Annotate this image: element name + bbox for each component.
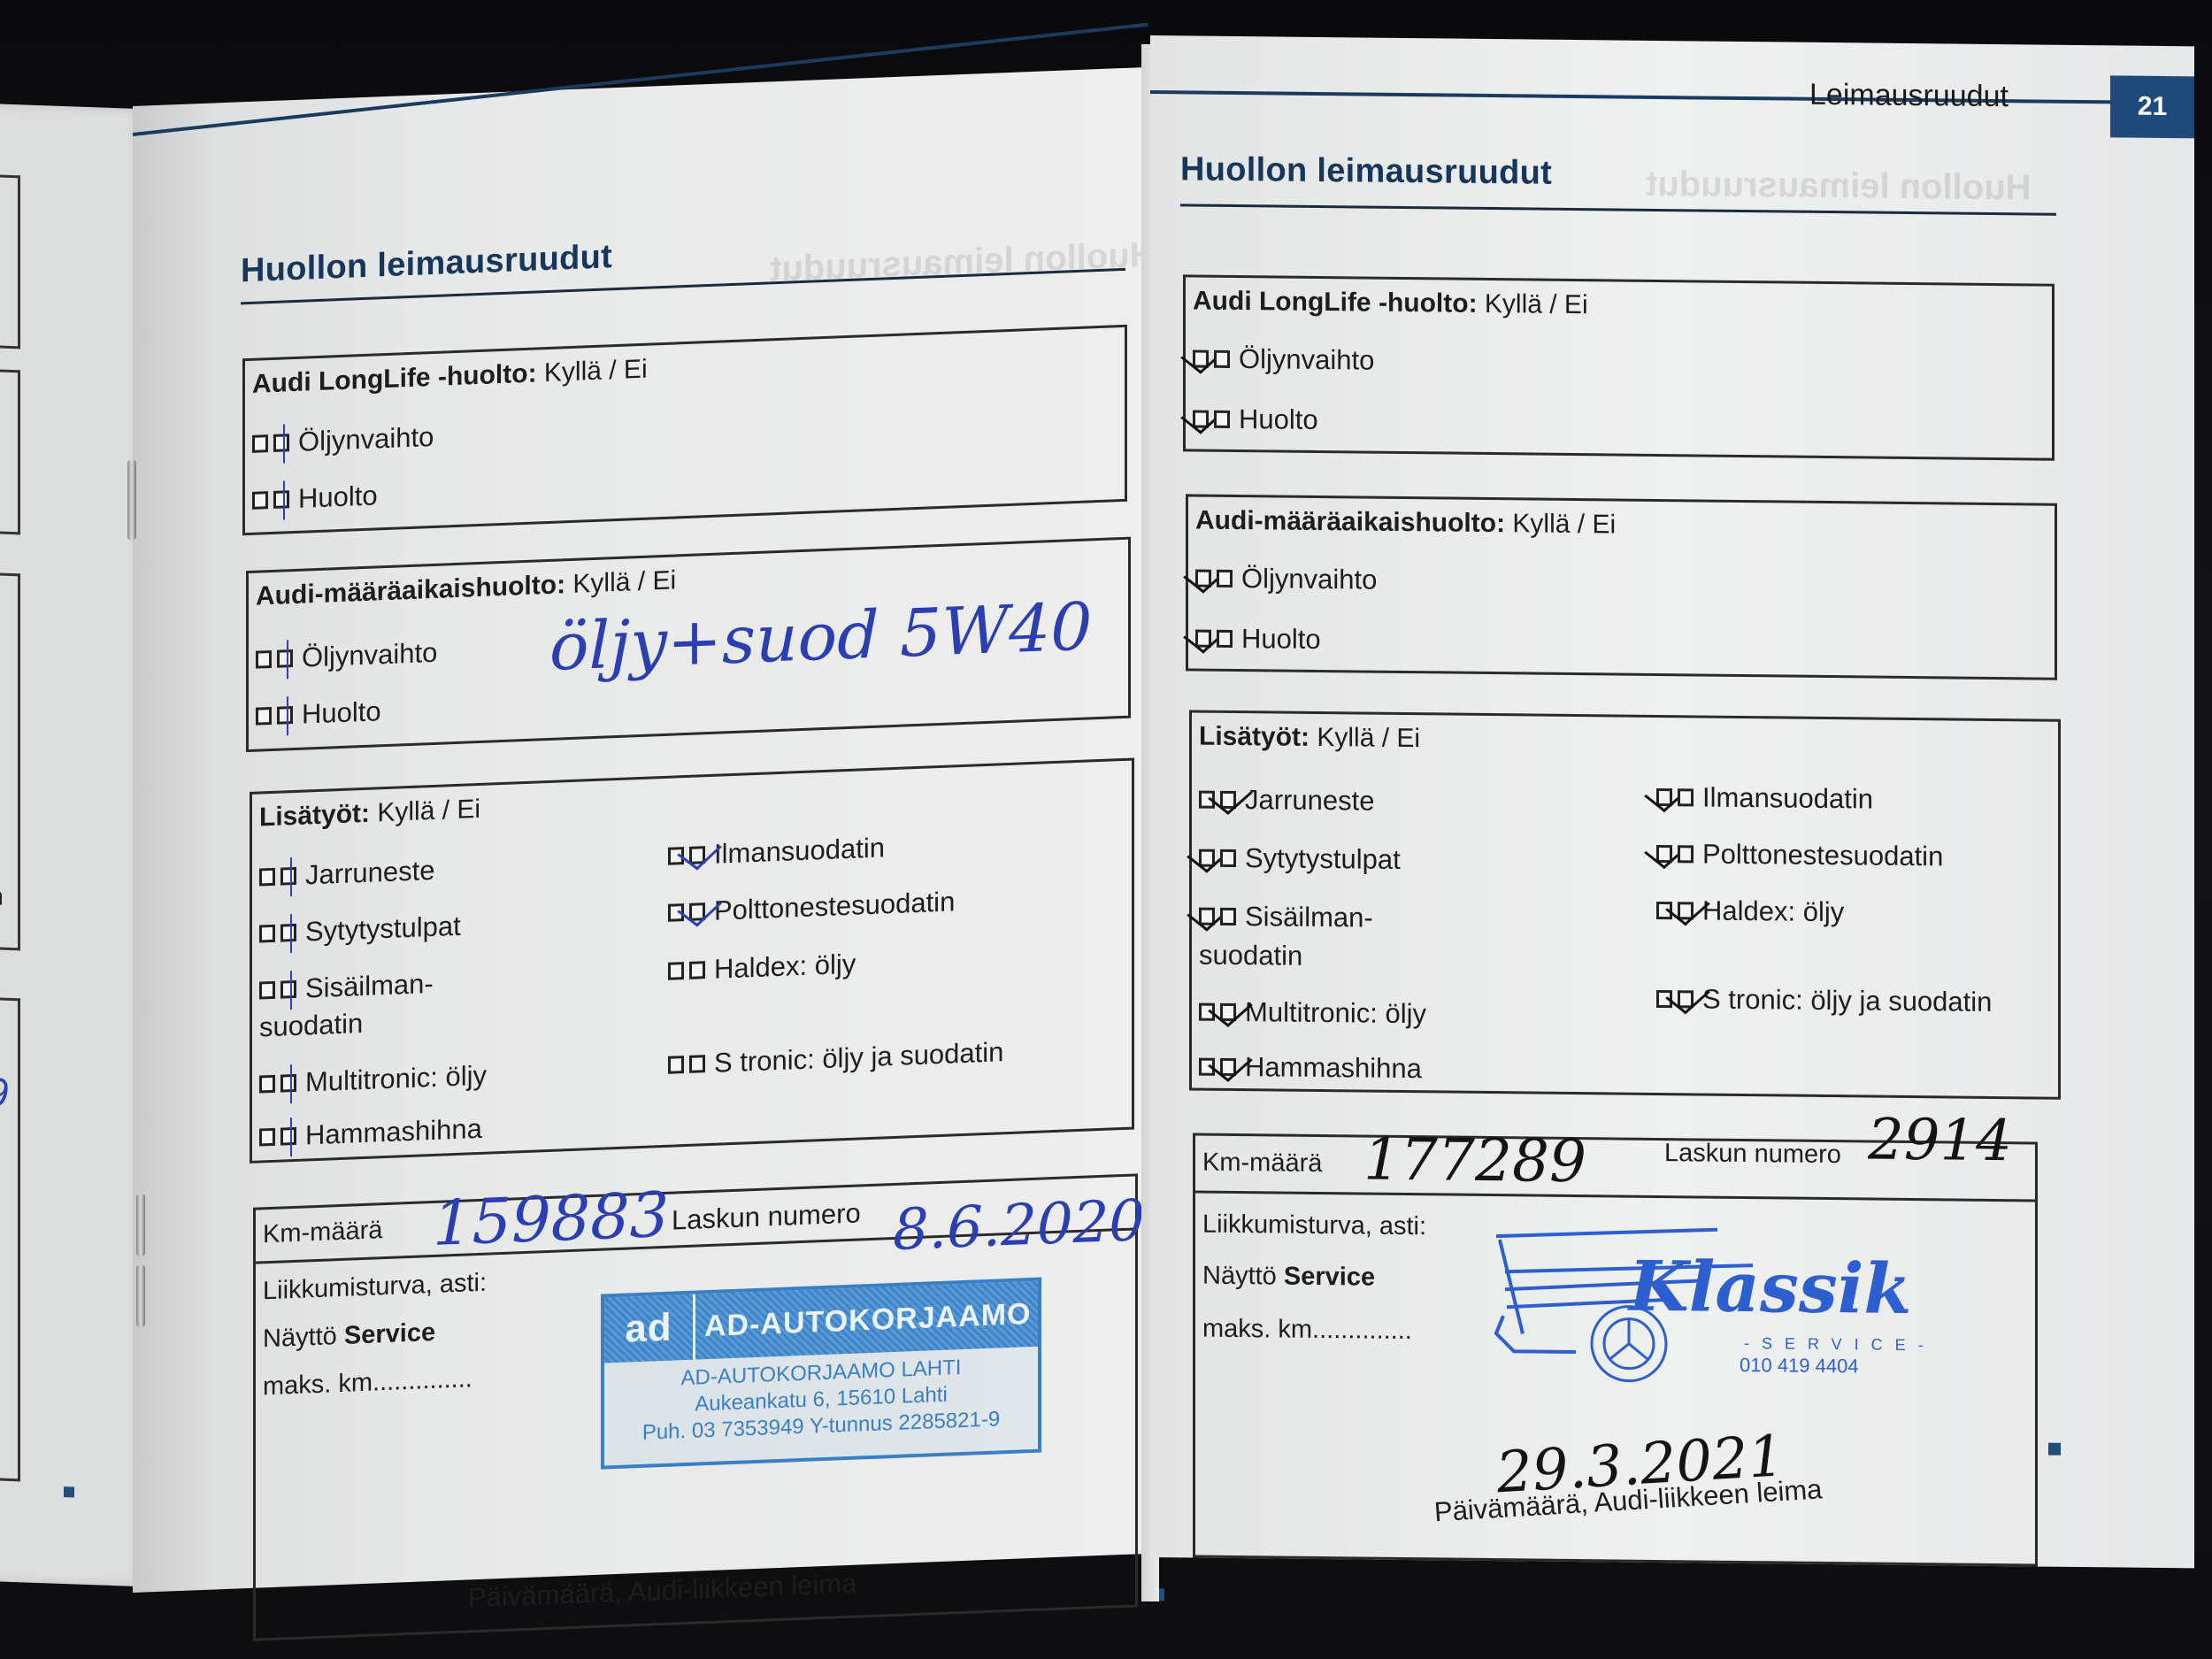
stamp-subtitle: -SERVICE- [1744, 1334, 1936, 1355]
mobility-label: Liikkumisturva, asti: [263, 1269, 487, 1307]
checkbox-no[interactable] [689, 961, 705, 979]
checkbox-no[interactable] [689, 902, 705, 921]
longlife-oil-row: Öljynvaihto [1193, 343, 1374, 377]
max-km-label: maks. km.............. [263, 1364, 472, 1402]
ad-logo-icon: ad [604, 1294, 695, 1363]
extra-item: Ilmansuodatin [1656, 781, 1873, 816]
km-label: Km-määrä [263, 1216, 382, 1249]
extra-item: Ilmansuodatin [668, 832, 885, 872]
checkbox-no[interactable] [689, 846, 705, 864]
staple-bottom-b [136, 1264, 145, 1326]
stamp-address: AD-AUTOKORJAAMO LAHTI Aukeankatu 6, 1561… [604, 1347, 1038, 1454]
longlife-service-row: Huolto [252, 480, 378, 516]
extra-item: Polttonestesuodatin [1656, 838, 1943, 872]
extra-item: Sytytystulpat [259, 910, 461, 950]
checkbox-no[interactable] [1214, 411, 1230, 428]
checkbox-yes[interactable] [256, 707, 272, 726]
checkbox-no[interactable] [280, 1074, 296, 1093]
stamp-brand: Klassik [1629, 1247, 1911, 1330]
km-value: 159883 [433, 1179, 669, 1260]
checkbox-yes[interactable] [1193, 350, 1209, 368]
extra-item: S tronic: öljy ja suodatin [668, 1036, 1003, 1081]
extra-item: Polttonestesuodatin [668, 886, 955, 928]
section-title: Huollon leimausruudut [1180, 150, 1552, 192]
checkbox-no[interactable] [1220, 1058, 1236, 1076]
km-value: 177289 [1363, 1125, 1586, 1196]
page-number: 21 [2110, 75, 2194, 138]
checkbox-no[interactable] [689, 1055, 705, 1073]
checkbox-no[interactable] [280, 980, 296, 999]
previous-page-edge: in 9 [0, 104, 142, 1586]
checkbox-no[interactable] [1220, 1003, 1236, 1021]
longlife-heading: Audi LongLife -huolto: Kyllä / Ei [252, 355, 648, 400]
extra-item: Hammashihna [1199, 1051, 1422, 1086]
checkbox-yes[interactable] [668, 962, 684, 980]
invoice-label: Laskun numero [1664, 1139, 1841, 1170]
extra-item: S tronic: öljy ja suodatin [1656, 983, 1992, 1018]
scheduled-heading: Audi-määräaikaishuolto: Kyllä / Ei [1195, 506, 1616, 541]
invoice-value: 2914 [1868, 1107, 2012, 1174]
extra-item: Jarruneste [259, 855, 434, 894]
km-label: Km-määrä [1202, 1148, 1322, 1179]
display-label: Näyttö Service [263, 1318, 435, 1354]
staple-bottom-a [136, 1194, 145, 1256]
checkbox-yes[interactable] [1199, 908, 1215, 926]
checkbox-no[interactable] [1220, 791, 1236, 809]
staple-top [127, 460, 136, 540]
checkbox-no[interactable] [1678, 845, 1694, 863]
extra-item-continuation: suodatin [1199, 940, 1302, 972]
checkbox-no[interactable] [1217, 570, 1233, 588]
extra-item: Sisäilman- [259, 968, 434, 1007]
checkbox-yes[interactable] [1656, 845, 1672, 863]
checkbox-no[interactable] [1678, 902, 1694, 919]
record-box: Km-määrä 159883 Laskun numero 8.6.2020 L… [253, 1173, 1138, 1640]
extra-work-box: Lisätyöt: Kyllä / Ei Jarruneste Sytytyst… [250, 758, 1134, 1164]
checkbox-no[interactable] [1678, 788, 1694, 806]
prev-box-1 [0, 174, 20, 349]
checkbox-yes[interactable] [1656, 788, 1672, 806]
checkbox-yes[interactable] [259, 1128, 275, 1147]
extra-item: Multitronic: öljy [259, 1060, 487, 1101]
display-label: Näyttö Service [1202, 1262, 1375, 1293]
checkbox-yes[interactable] [252, 491, 268, 510]
checkbox-yes[interactable] [252, 434, 268, 453]
scheduled-heading: Audi-määräaikaishuolto: Kyllä / Ei [256, 565, 676, 611]
running-head: Leimausruudut [1809, 78, 2008, 114]
invoice-label: Laskun numero [672, 1197, 861, 1236]
longlife-service-row: Huolto [1193, 403, 1318, 436]
extra-item: Multitronic: öljy [1199, 996, 1426, 1031]
checkbox-no[interactable] [1214, 350, 1230, 368]
scheduled-service-row: Huolto [256, 695, 381, 732]
invoice-value: 8.6.2020 [893, 1188, 1145, 1263]
scheduled-oil-row: Öljynvaihto [256, 637, 437, 676]
checkbox-yes[interactable] [259, 925, 275, 943]
checkbox-yes[interactable] [1195, 630, 1211, 648]
checkbox-no[interactable] [280, 867, 296, 886]
scheduled-oil-row: Öljynvaihto [1195, 563, 1377, 596]
longlife-heading: Audi LongLife -huolto: Kyllä / Ei [1193, 287, 1588, 321]
checkbox-no[interactable] [1678, 990, 1694, 1008]
checkbox-yes[interactable] [1199, 849, 1215, 867]
extra-item: Sytytystulpat [1199, 842, 1401, 876]
km-row-divider [1195, 1191, 2035, 1202]
max-km-label: maks. km.............. [1202, 1315, 1412, 1346]
prev-handwriting-fragment: 9 [0, 1068, 9, 1117]
checkbox-yes[interactable] [1193, 411, 1209, 428]
scheduled-service-row: Huolto [1195, 623, 1321, 656]
checkbox-no[interactable] [280, 924, 296, 942]
longlife-box: Audi LongLife -huolto: Kyllä / Ei Öljynv… [242, 325, 1127, 535]
workshop-stamp: Klassik -SERVICE- 010 419 4404 [1487, 1218, 1983, 1401]
record-box: Km-määrä 177289 Laskun numero 2914 Liikk… [1193, 1133, 2038, 1567]
show-through-title: Huollon leimausruudut [1646, 165, 2032, 209]
end-mark [2048, 1443, 2061, 1455]
prev-end-mark [64, 1486, 74, 1497]
date-stamp-label: Päivämäärä, Audi-liikkeen leima [468, 1568, 856, 1615]
prev-text-fragment: in [0, 882, 4, 911]
checkbox-yes[interactable] [256, 650, 272, 669]
section-title: Huollon leimausruudut [241, 238, 612, 290]
extra-item: Haldex: öljy [1656, 895, 1844, 928]
checkbox-no[interactable] [277, 649, 293, 668]
extra-heading: Lisätyöt: Kyllä / Ei [259, 795, 480, 833]
checkbox-no[interactable] [1220, 849, 1236, 867]
checkbox-yes[interactable] [668, 1056, 684, 1074]
stamp-phone: 010 419 4404 [1740, 1354, 1859, 1378]
checkbox-yes[interactable] [1195, 570, 1211, 588]
extra-item: Haldex: öljy [668, 949, 856, 987]
extra-item-continuation: suodatin [259, 1008, 363, 1044]
checkbox-no[interactable] [273, 434, 289, 452]
scheduled-box: Audi-määräaikaishuolto: Kyllä / Ei Öljyn… [246, 537, 1131, 752]
extra-heading: Lisätyöt: Kyllä / Ei [1199, 722, 1420, 755]
checkbox-no[interactable] [1217, 630, 1233, 648]
mobility-label: Liikkumisturva, asti: [1202, 1210, 1426, 1242]
scheduled-box: Audi-määräaikaishuolto: Kyllä / Ei Öljyn… [1186, 494, 2057, 680]
checkbox-no[interactable] [280, 1127, 296, 1146]
extra-item: Jarruneste [1199, 784, 1374, 818]
longlife-oil-row: Öljynvaihto [252, 421, 434, 460]
checkbox-no[interactable] [277, 706, 293, 725]
checkbox-yes[interactable] [259, 981, 275, 1000]
workshop-stamp: ad AD-AUTOKORJAAMO AD-AUTOKORJAAMO LAHTI… [601, 1278, 1041, 1470]
left-page: Huollon leimausruudut Huollon leimausruu… [133, 67, 1150, 1593]
checkbox-no[interactable] [273, 490, 289, 509]
extra-item: Sisäilman- [1199, 901, 1373, 934]
checkbox-no[interactable] [1220, 908, 1236, 926]
checkbox-yes[interactable] [259, 868, 275, 887]
handwritten-note: öljy+suod 5W40 [549, 588, 1092, 686]
extra-work-box: Lisätyöt: Kyllä / Ei Jarruneste Sytytyst… [1189, 710, 2061, 1099]
checkbox-yes[interactable] [259, 1075, 275, 1094]
extra-item: Hammashihna [259, 1113, 482, 1154]
prev-box-2 [0, 369, 20, 535]
longlife-box: Audi LongLife -huolto: Kyllä / Ei Öljynv… [1183, 274, 2055, 460]
right-page: Leimausruudut 21 Huollon leimausruudut H… [1150, 35, 2194, 1568]
